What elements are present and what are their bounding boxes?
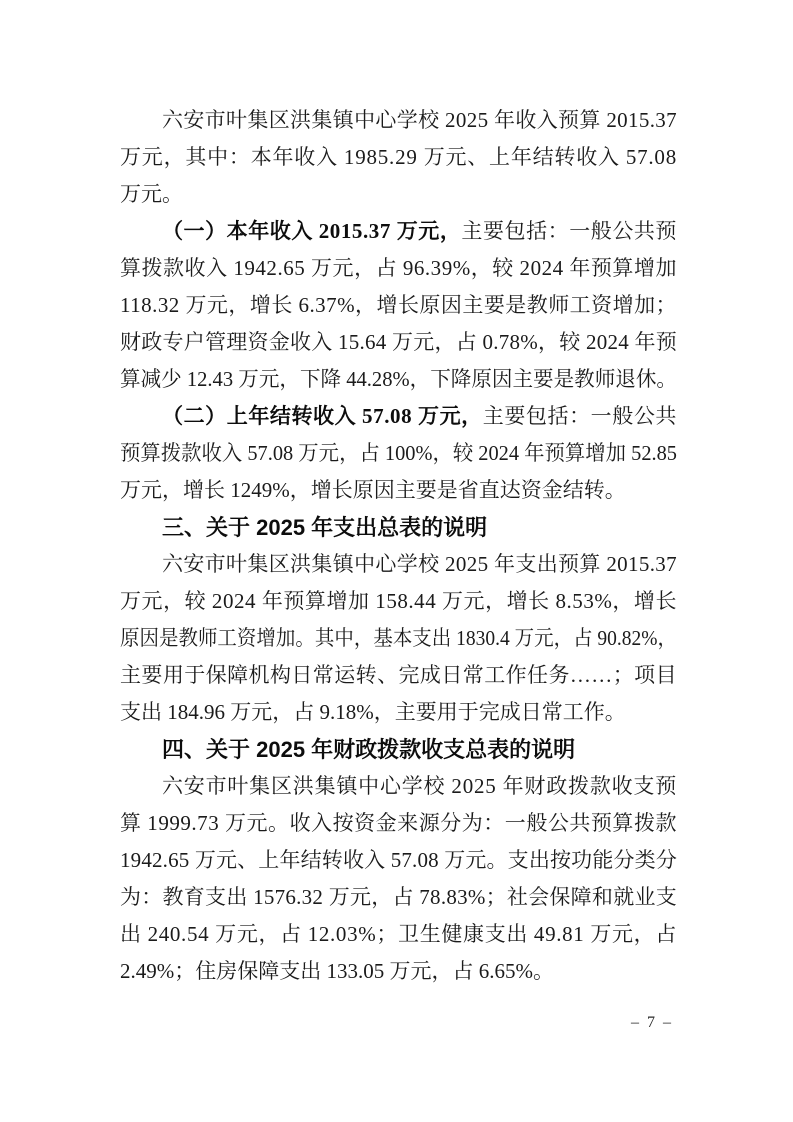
text-segment: 为：教育支出 1576.32 万元，占 78.83%；社会保障和就业支 (120, 885, 677, 909)
line-content: 支出 184.96 万元，占 9.18%，主要用于完成日常工作。 (120, 694, 626, 731)
line-content: 1942.65 万元、上年结转收入 57.08 万元。支出按功能分类分 (120, 842, 677, 879)
text-line: （二）上年结转收入 57.08 万元，主要包括：一般公共 (120, 398, 677, 435)
text-line: 算拨款收入 1942.65 万元，占 96.39%，较 2024 年预算增加 (120, 250, 677, 287)
line-content: 万元，增长 1249%，增长原因主要是省直达资金结转。 (120, 472, 626, 509)
text-segment: 六安市叶集区洪集镇中心学校 2025 年支出预算 2015.37 (162, 552, 677, 576)
text-segment: 六安市叶集区洪集镇中心学校 2025 年收入预算 2015.37 (162, 108, 677, 132)
text-line: 原因是教师工资增加。其中，基本支出 1830.4 万元，占 90.82%， (120, 620, 677, 657)
line-content: （二）上年结转收入 57.08 万元，主要包括：一般公共 (162, 398, 677, 435)
text-segment: 六安市叶集区洪集镇中心学校 2025 年财政拨款收支预 (162, 774, 677, 798)
text-segment: 四、关于 2025 年财政拨款收支总表的说明 (162, 737, 575, 762)
text-line: 1942.65 万元、上年结转收入 57.08 万元。支出按功能分类分 (120, 842, 677, 879)
document-page: 六安市叶集区洪集镇中心学校 2025 年收入预算 2015.37万元，其中：本年… (0, 0, 793, 1122)
line-content: 三、关于 2025 年支出总表的说明 (162, 509, 487, 546)
text-line: 为：教育支出 1576.32 万元，占 78.83%；社会保障和就业支 (120, 879, 677, 916)
text-block: 六安市叶集区洪集镇中心学校 2025 年收入预算 2015.37万元，其中：本年… (120, 102, 677, 990)
text-segment: 主要用于保障机构日常运转、完成日常工作任务……；项目 (120, 663, 677, 687)
text-segment: （一）本年收入 2015.37 万元， (162, 219, 461, 243)
text-line: 万元，较 2024 年预算增加 158.44 万元，增长 8.53%，增长 (120, 583, 677, 620)
line-content: 118.32 万元，增长 6.37%，增长原因主要是教师工资增加； (120, 287, 677, 324)
text-segment: 万元，增长 1249%，增长原因主要是省直达资金结转。 (120, 478, 626, 502)
line-content: 万元，较 2024 年预算增加 158.44 万元，增长 8.53%，增长 (120, 583, 677, 620)
text-line: 出 240.54 万元，占 12.03%；卫生健康支出 49.81 万元，占 (120, 916, 677, 953)
text-segment: （二）上年结转收入 57.08 万元， (162, 404, 483, 428)
text-segment: 财政专户管理资金收入 15.64 万元，占 0.78%，较 2024 年预 (120, 330, 677, 354)
text-line: 六安市叶集区洪集镇中心学校 2025 年支出预算 2015.37 (120, 546, 677, 583)
text-segment: 2.49%；住房保障支出 133.05 万元，占 6.65%。 (120, 959, 554, 983)
text-line: 算减少 12.43 万元，下降 44.28%，下降原因主要是教师退休。 (120, 361, 677, 398)
text-segment: 算拨款收入 1942.65 万元，占 96.39%，较 2024 年预算增加 (120, 256, 677, 280)
text-segment: 出 240.54 万元，占 12.03%；卫生健康支出 49.81 万元，占 (120, 922, 677, 946)
line-content: 出 240.54 万元，占 12.03%；卫生健康支出 49.81 万元，占 (120, 916, 677, 953)
text-segment: 1942.65 万元、上年结转收入 57.08 万元。支出按功能分类分 (120, 848, 677, 872)
text-segment: 主要包括：一般公共预 (461, 219, 677, 243)
line-content: 主要用于保障机构日常运转、完成日常工作任务……；项目 (120, 657, 677, 694)
line-content: 万元。 (120, 176, 183, 213)
page-number: – 7 – (631, 1014, 673, 1032)
text-line: 2.49%；住房保障支出 133.05 万元，占 6.65%。 (120, 953, 677, 990)
text-line: 万元，其中：本年收入 1985.29 万元、上年结转收入 57.08 (120, 139, 677, 176)
line-content: 六安市叶集区洪集镇中心学校 2025 年财政拨款收支预 (162, 768, 677, 805)
text-line: 财政专户管理资金收入 15.64 万元，占 0.78%，较 2024 年预 (120, 324, 677, 361)
text-line: 万元，增长 1249%，增长原因主要是省直达资金结转。 (120, 472, 677, 509)
line-content: 万元，其中：本年收入 1985.29 万元、上年结转收入 57.08 (120, 139, 677, 176)
text-segment: 算 1999.73 万元。收入按资金来源分为：一般公共预算拨款 (120, 811, 677, 835)
line-content: 原因是教师工资增加。其中，基本支出 1830.4 万元，占 90.82%， (120, 620, 677, 657)
text-segment: 预算拨款收入 57.08 万元，占 100%，较 2024 年预算增加 52.8… (120, 441, 677, 465)
text-segment: 万元，较 2024 年预算增加 158.44 万元，增长 8.53%，增长 (120, 589, 677, 613)
text-segment: 主要包括：一般公共 (483, 404, 677, 428)
text-line: （一）本年收入 2015.37 万元，主要包括：一般公共预 (120, 213, 677, 250)
line-content: 2.49%；住房保障支出 133.05 万元，占 6.65%。 (120, 953, 554, 990)
text-line: 六安市叶集区洪集镇中心学校 2025 年财政拨款收支预 (120, 768, 677, 805)
line-content: 算 1999.73 万元。收入按资金来源分为：一般公共预算拨款 (120, 805, 677, 842)
section-heading: 四、关于 2025 年财政拨款收支总表的说明 (120, 731, 677, 768)
line-content: 财政专户管理资金收入 15.64 万元，占 0.78%，较 2024 年预 (120, 324, 677, 361)
line-content: 算拨款收入 1942.65 万元，占 96.39%，较 2024 年预算增加 (120, 250, 677, 287)
text-segment: 万元，其中：本年收入 1985.29 万元、上年结转收入 57.08 (120, 145, 677, 169)
line-content: 六安市叶集区洪集镇中心学校 2025 年支出预算 2015.37 (162, 546, 677, 583)
line-content: 预算拨款收入 57.08 万元，占 100%，较 2024 年预算增加 52.8… (120, 435, 677, 472)
text-segment: 118.32 万元，增长 6.37%，增长原因主要是教师工资增加； (120, 293, 677, 317)
text-line: 118.32 万元，增长 6.37%，增长原因主要是教师工资增加； (120, 287, 677, 324)
text-segment: 原因是教师工资增加。其中，基本支出 1830.4 万元，占 90.82%， (120, 626, 677, 650)
line-content: 为：教育支出 1576.32 万元，占 78.83%；社会保障和就业支 (120, 879, 677, 916)
text-line: 六安市叶集区洪集镇中心学校 2025 年收入预算 2015.37 (120, 102, 677, 139)
text-line: 支出 184.96 万元，占 9.18%，主要用于完成日常工作。 (120, 694, 677, 731)
line-content: （一）本年收入 2015.37 万元，主要包括：一般公共预 (162, 213, 677, 250)
line-content: 六安市叶集区洪集镇中心学校 2025 年收入预算 2015.37 (162, 102, 677, 139)
text-line: 主要用于保障机构日常运转、完成日常工作任务……；项目 (120, 657, 677, 694)
text-segment: 三、关于 2025 年支出总表的说明 (162, 515, 487, 540)
section-heading: 三、关于 2025 年支出总表的说明 (120, 509, 677, 546)
text-line: 万元。 (120, 176, 677, 213)
line-content: 四、关于 2025 年财政拨款收支总表的说明 (162, 731, 575, 768)
text-segment: 万元。 (120, 182, 183, 206)
line-content: 算减少 12.43 万元，下降 44.28%，下降原因主要是教师退休。 (120, 361, 677, 398)
text-line: 预算拨款收入 57.08 万元，占 100%，较 2024 年预算增加 52.8… (120, 435, 677, 472)
text-segment: 支出 184.96 万元，占 9.18%，主要用于完成日常工作。 (120, 700, 626, 724)
text-line: 算 1999.73 万元。收入按资金来源分为：一般公共预算拨款 (120, 805, 677, 842)
text-segment: 算减少 12.43 万元，下降 44.28%，下降原因主要是教师退休。 (120, 367, 677, 391)
